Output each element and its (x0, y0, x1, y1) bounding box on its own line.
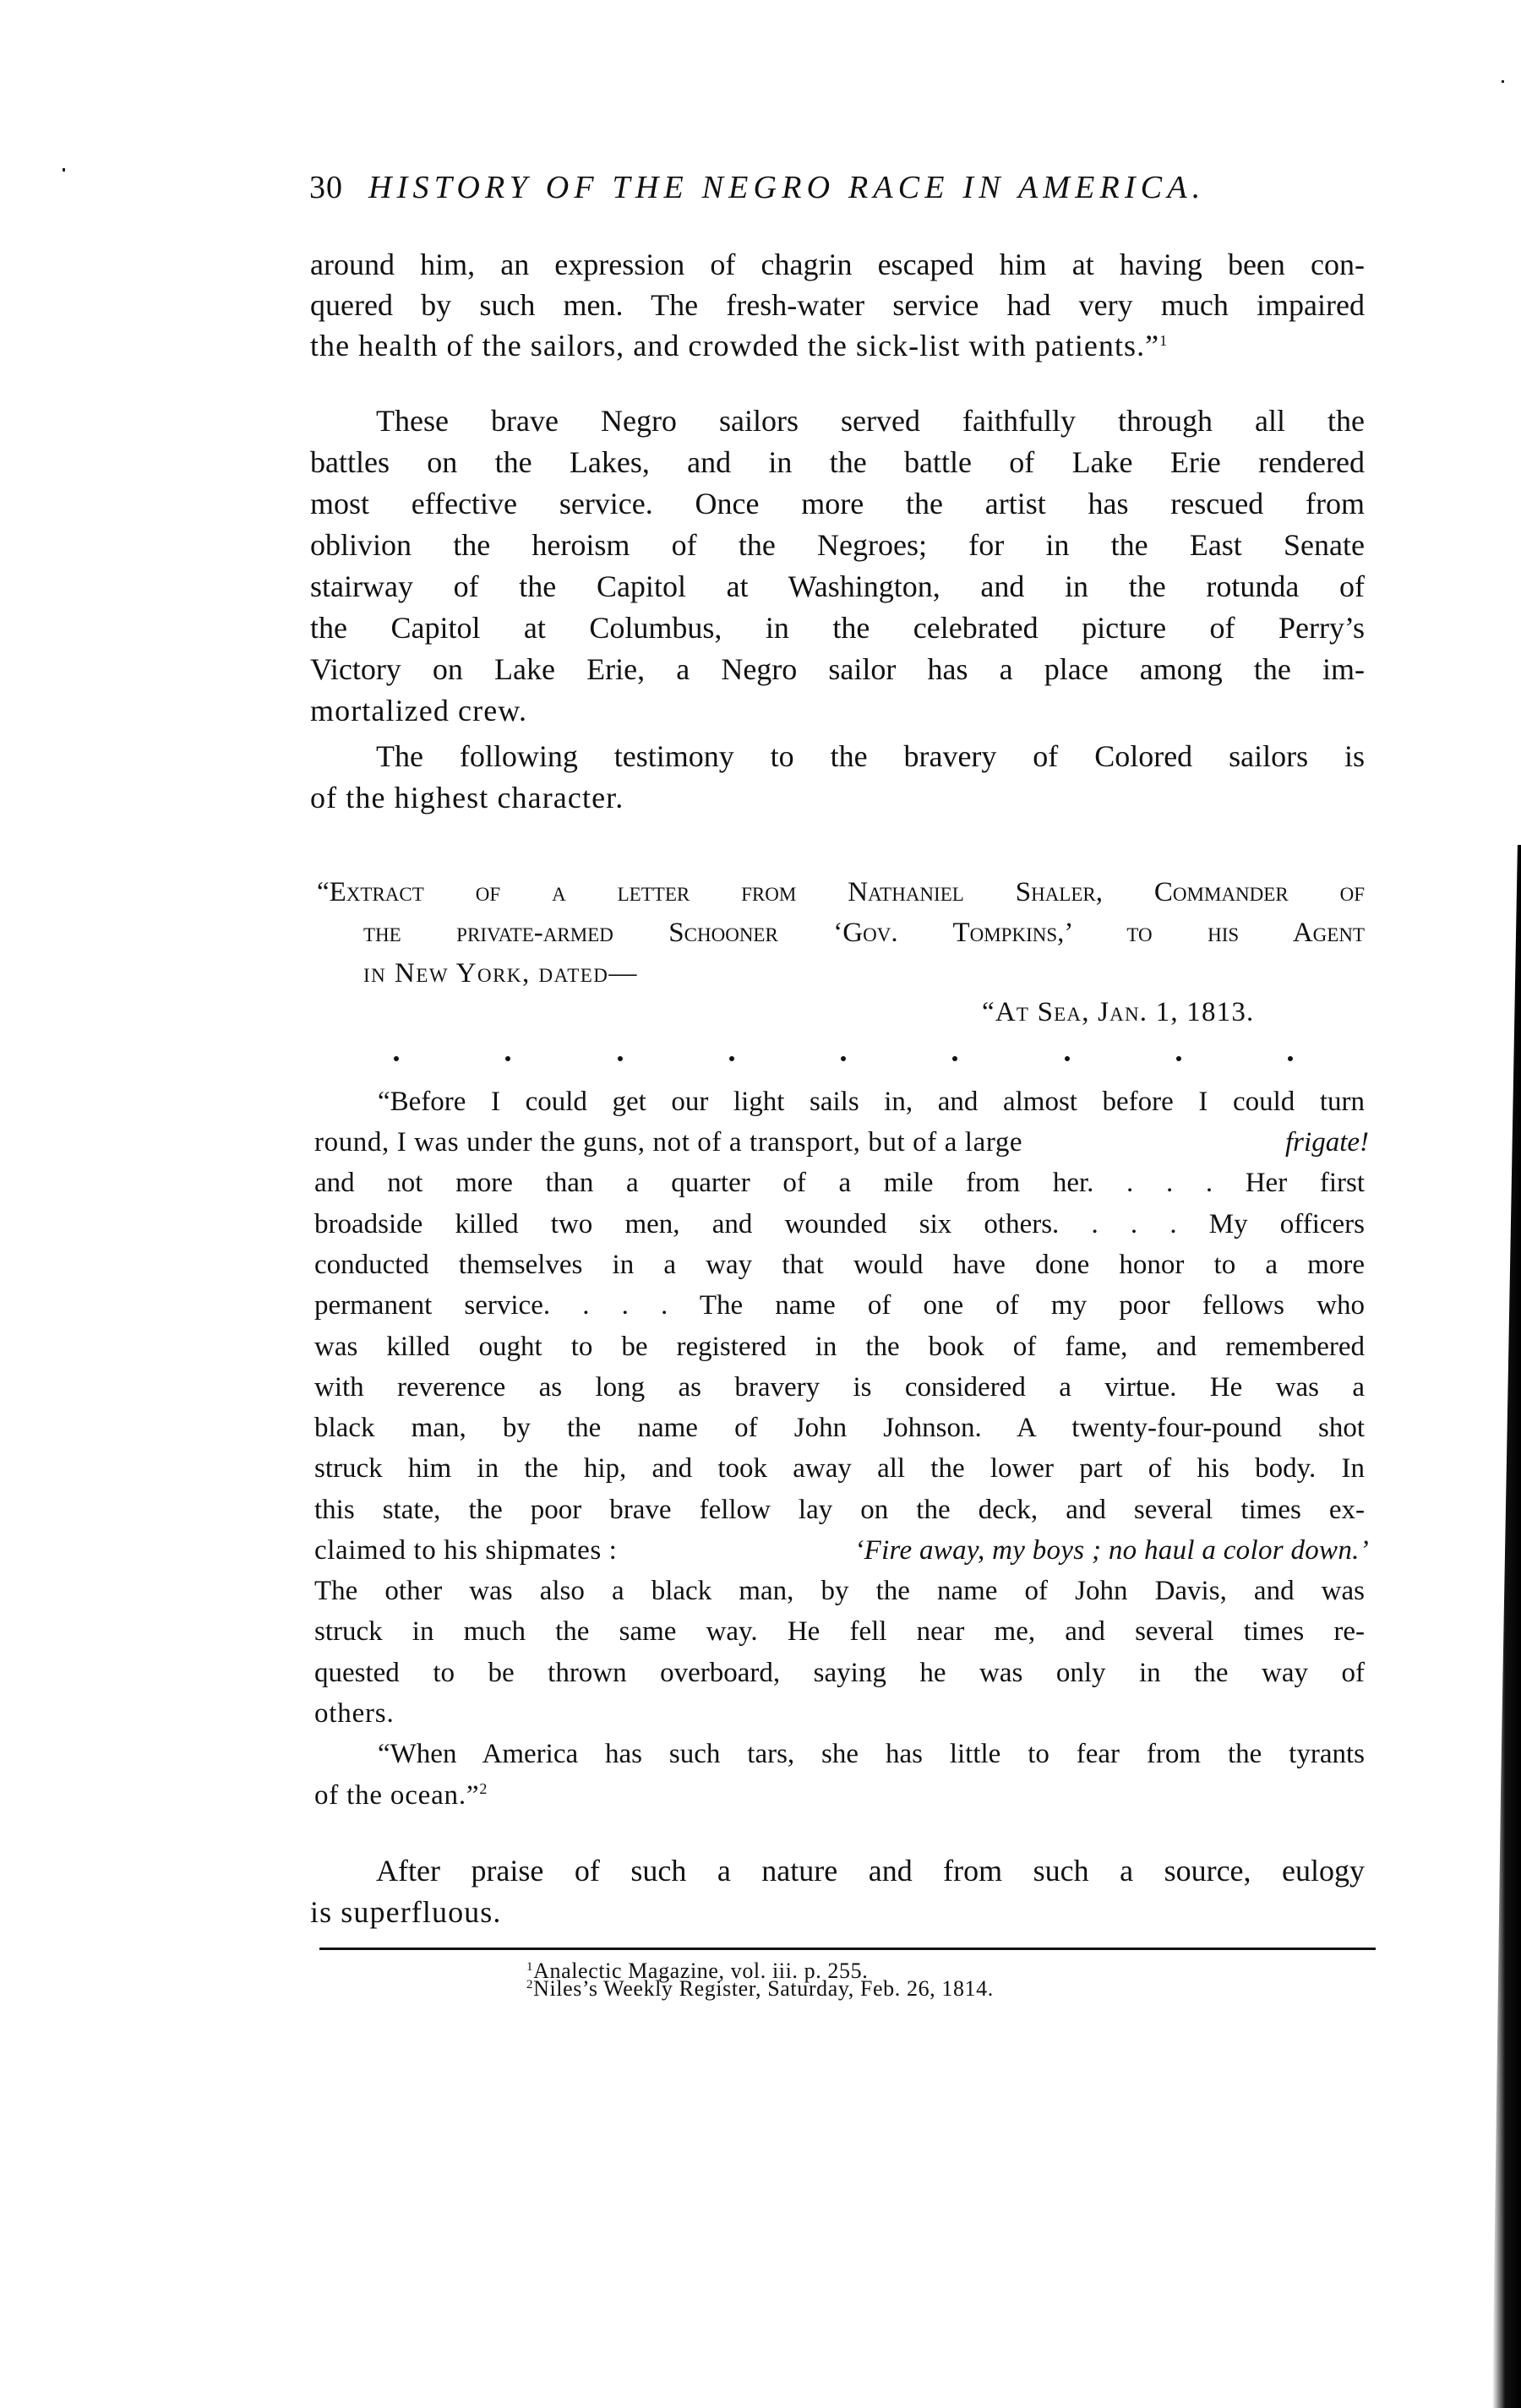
body-line: After praise of such a nature and from s… (376, 1855, 1365, 1894)
quote-line: quested to be thrown overboard, saying h… (314, 1659, 1365, 1698)
body-line: the Capitol at Columbus, in the celebrat… (310, 613, 1365, 651)
scan-border-edge (1492, 845, 1521, 2408)
quote-line: “When America has such tars, she has lit… (378, 1741, 1365, 1779)
extract-heading-line: “Extract of a letter from Nathaniel Shal… (317, 879, 1365, 918)
quote-line-last: of the ocean.”2 (314, 1782, 488, 1810)
running-head: 30 HISTORY OF THE NEGRO RACE IN AMERICA. (309, 169, 1289, 208)
extract-heading-line: in New York, dated— (363, 960, 638, 988)
body-line: around him, an expression of chagrin esc… (310, 249, 1365, 288)
quote-line: conducted themselves in a way that would… (314, 1251, 1365, 1290)
body-line-last: mortalized crew. (310, 695, 527, 726)
footnote-ref-1[interactable]: 1 (1159, 332, 1168, 349)
footnote-text: Niles’s Weekly Register, Saturday, Feb. … (533, 1976, 994, 2001)
page-number: 30 (309, 169, 368, 206)
quote-line: struck in much the same way. He fell nea… (314, 1618, 1365, 1657)
italic-cry: ‘Fire away, my boys ; no haul a color do… (854, 1537, 1369, 1565)
italic-frigate: frigate! (1285, 1129, 1369, 1157)
ellipsis-dot (1176, 1056, 1181, 1061)
quote-line-last: others. (314, 1700, 395, 1728)
body-line: These brave Negro sailors served faithfu… (376, 406, 1365, 444)
running-title: HISTORY OF THE NEGRO RACE IN AMERICA. (368, 169, 1205, 206)
ellipsis-dot (841, 1056, 846, 1061)
footnote-rule (319, 1948, 1376, 1950)
body-line-last: of the highest character. (310, 782, 624, 813)
quote-line: this state, the poor brave fellow lay on… (314, 1496, 1365, 1535)
body-line: battles on the Lakes, and in the battle … (310, 447, 1365, 486)
quote-line: black man, by the name of John Johnson. … (314, 1414, 1365, 1453)
body-line: The following testimony to the bravery o… (376, 741, 1365, 780)
footnote-marker: 2 (526, 1978, 533, 1991)
ellipsis-dot (1288, 1056, 1293, 1061)
book-page: 30 HISTORY OF THE NEGRO RACE IN AMERICA.… (0, 0, 1521, 2408)
ellipsis-dot (729, 1056, 734, 1061)
ellipsis-dot (394, 1056, 399, 1061)
quote-line: broadside killed two men, and wounded si… (314, 1211, 1365, 1250)
body-line-last: is superfluous. (310, 1897, 502, 1927)
quote-line-text: round, I was under the guns, not of a tr… (314, 1129, 1022, 1157)
body-line-last: the health of the sailors, and crowded t… (310, 330, 1168, 361)
quote-line-text: claimed to his shipmates : (314, 1537, 617, 1565)
quote-line: The other was also a black man, by the n… (314, 1577, 1365, 1616)
ellipsis-row (394, 1056, 1293, 1068)
quote-line-text: of the ocean.” (314, 1780, 479, 1811)
quote-line: was killed ought to be registered in the… (314, 1333, 1365, 1372)
body-line: stairway of the Capitol at Washington, a… (310, 571, 1365, 610)
body-line: oblivion the heroism of the Negroes; for… (310, 530, 1365, 569)
ellipsis-dot (1065, 1056, 1070, 1061)
body-line-text: the health of the sailors, and crowded t… (310, 329, 1159, 362)
body-line: Victory on Lake Erie, a Negro sailor has… (310, 654, 1365, 693)
ellipsis-dot (952, 1056, 957, 1061)
quote-line: and not more than a quarter of a mile fr… (314, 1169, 1365, 1208)
quote-line: “Before I could get our light sails in, … (378, 1088, 1365, 1127)
quote-line: claimed to his shipmates : ‘Fire away, m… (314, 1537, 1369, 1565)
footnote-marker: 1 (526, 1960, 533, 1974)
footnote-2: 2Niles’s Weekly Register, Saturday, Feb.… (526, 1978, 994, 2000)
ellipsis-dot (618, 1056, 623, 1061)
extract-dateline: “At Sea, Jan. 1, 1813. (982, 999, 1255, 1027)
extract-heading-line: the private-armed Schooner ‘Gov. Tompkin… (363, 919, 1365, 958)
quote-line: with reverence as long as bravery is con… (314, 1374, 1365, 1413)
scan-speck (63, 168, 65, 172)
quote-line: round, I was under the guns, not of a tr… (314, 1129, 1369, 1157)
footnote-ref-2[interactable]: 2 (479, 1780, 488, 1797)
quote-line: permanent service. . . . The name of one… (314, 1292, 1365, 1331)
scan-speck (1502, 80, 1504, 83)
body-line: quered by such men. The fresh-water serv… (310, 290, 1365, 329)
body-line: most effective service. Once more the ar… (310, 488, 1365, 527)
ellipsis-dot (505, 1056, 510, 1061)
quote-line: struck him in the hip, and took away all… (314, 1455, 1365, 1494)
